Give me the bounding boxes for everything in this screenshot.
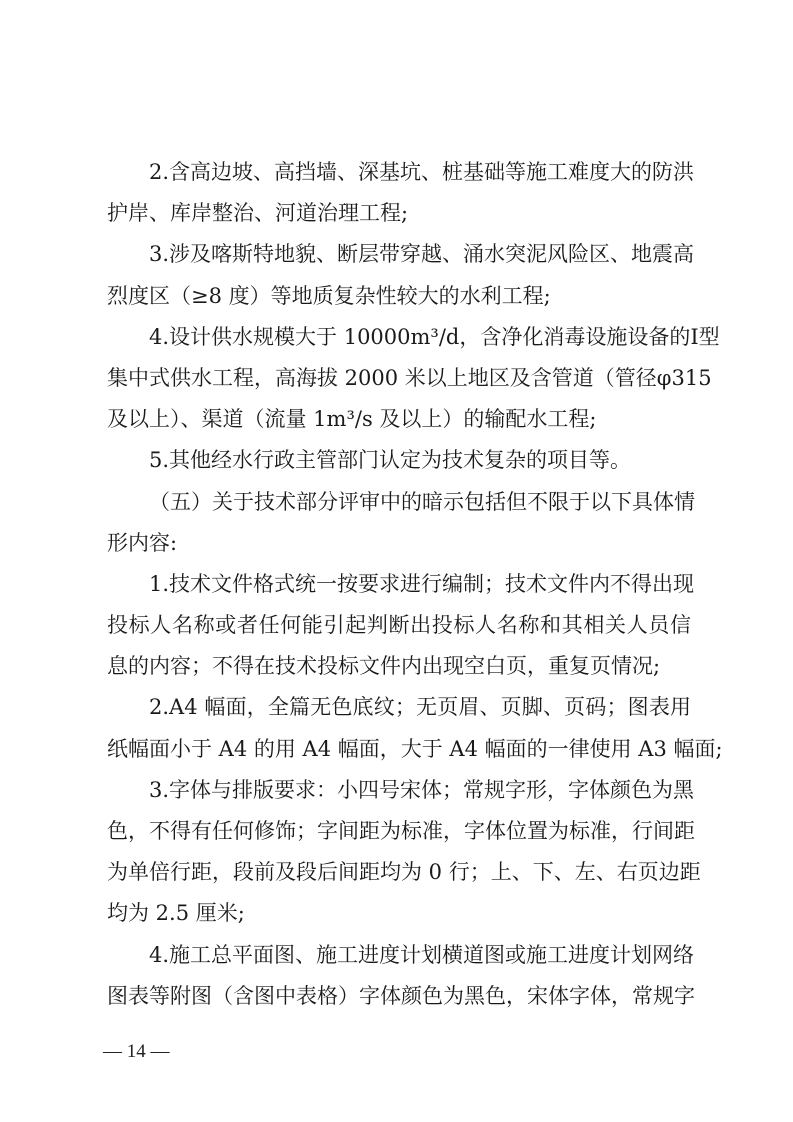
text-line: 3.涉及喀斯特地貌、断层带穿越、涌水突泥风险区、地震高 [107, 234, 691, 275]
text-line: 4.施工总平面图、施工进度计划横道图或施工进度计划网络 [107, 935, 691, 976]
text-line: 图表等附图（含图中表格）字体颜色为黑色，宋体字体，常规字 [107, 976, 691, 1017]
text-line: 纸幅面小于 A4 的用 A4 幅面，大于 A4 幅面的一律使用 A3 幅面; [107, 729, 691, 770]
page-number: — 14 — [103, 1041, 170, 1063]
text-line: 3.字体与排版要求：小四号宋体；常规字形，字体颜色为黑 [107, 770, 691, 811]
text-line: 投标人名称或者任何能引起判断出投标人名称和其相关人员信 [107, 605, 691, 646]
body-text: 2.含高边坡、高挡墙、深基坑、桩基础等施工难度大的防洪 护岸、库岸整治、河道治理… [107, 152, 691, 1017]
text-line: 5.其他经水行政主管部门认定为技术复杂的项目等。 [107, 440, 691, 481]
text-line: 集中式供水工程，高海拔 2000 米以上地区及含管道（管径φ315 [107, 358, 691, 399]
document-page: 2.含高边坡、高挡墙、深基坑、桩基础等施工难度大的防洪 护岸、库岸整治、河道治理… [0, 0, 793, 1122]
section-heading-line: （五）关于技术部分评审中的暗示包括但不限于以下具体情 [107, 482, 691, 523]
text-line: 2.含高边坡、高挡墙、深基坑、桩基础等施工难度大的防洪 [107, 152, 691, 193]
text-line: 2.A4 幅面，全篇无色底纹；无页眉、页脚、页码；图表用 [107, 687, 691, 728]
text-line: 均为 2.5 厘米; [107, 893, 691, 934]
text-line: 4.设计供水规模大于 10000m³/d，含净化消毒设施设备的I型 [107, 317, 691, 358]
text-line: 及以上）、渠道（流量 1m³/s 及以上）的输配水工程; [107, 399, 691, 440]
text-line: 为单倍行距，段前及段后间距均为 0 行；上、下、左、右页边距 [107, 852, 691, 893]
text-line: 1.技术文件格式统一按要求进行编制；技术文件内不得出现 [107, 564, 691, 605]
text-line: 色，不得有任何修饰；字间距为标准，字体位置为标准，行间距 [107, 811, 691, 852]
text-line: 息的内容；不得在技术投标文件内出现空白页，重复页情况; [107, 646, 691, 687]
text-line: 烈度区（≥8 度）等地质复杂性较大的水利工程; [107, 276, 691, 317]
text-line: 护岸、库岸整治、河道治理工程; [107, 193, 691, 234]
section-heading-line: 形内容: [107, 523, 691, 564]
